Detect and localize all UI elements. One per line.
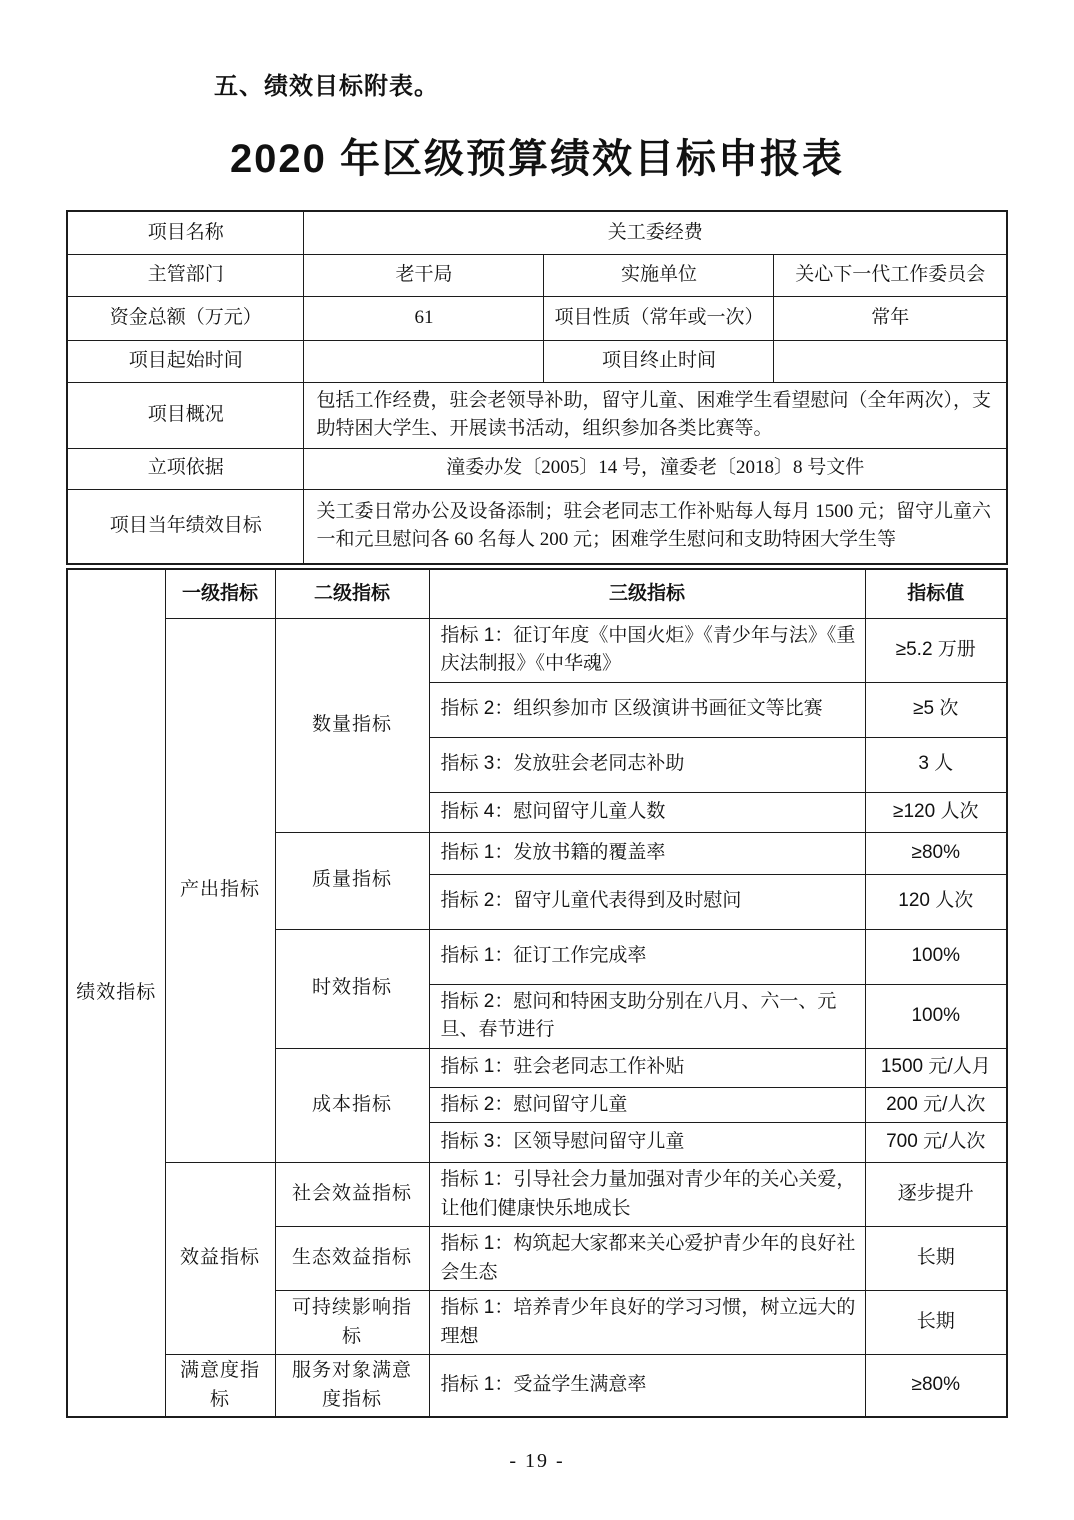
field-label-basis: 立项依据 bbox=[67, 448, 304, 489]
indicator-value: 长期 bbox=[865, 1227, 1007, 1291]
header-level3: 三级指标 bbox=[429, 569, 865, 618]
indicator-value: ≥5 次 bbox=[865, 682, 1007, 737]
table-row: 主管部门 老干局 实施单位 关心下一代工作委员会 bbox=[67, 254, 1007, 296]
indicator-value: 120 人次 bbox=[865, 874, 1007, 929]
indicator-value: 700 元/人次 bbox=[865, 1123, 1007, 1163]
level1-benefit: 效益指标 bbox=[165, 1163, 275, 1355]
doc-title: 2020 年区级预算绩效目标申报表 bbox=[0, 127, 1074, 184]
field-label-nature: 项目性质（常年或一次） bbox=[544, 296, 774, 340]
field-value-amount: 61 bbox=[304, 296, 544, 340]
field-label-dept: 主管部门 bbox=[67, 254, 304, 296]
indicator-value: 100% bbox=[865, 929, 1007, 984]
table-row: 效益指标 社会效益指标 指标 1：引导社会力量加强对青少年的关心关爱，让他们健康… bbox=[67, 1163, 1007, 1227]
indicator-value: 逐步提升 bbox=[865, 1163, 1007, 1227]
field-label-end-date: 项目终止时间 bbox=[544, 340, 774, 382]
table-row: 产出指标 数量指标 指标 1：征订年度《中国火炬》《青少年与法》《重庆法制报》《… bbox=[67, 618, 1007, 682]
table-row: 资金总额（万元） 61 项目性质（常年或一次） 常年 bbox=[67, 296, 1007, 340]
level2-sustainable-impact: 可持续影响指标 bbox=[275, 1291, 429, 1355]
indicator-text: 指标 1：引导社会力量加强对青少年的关心关爱，让他们健康快乐地成长 bbox=[429, 1163, 865, 1227]
level2-service-satisfaction: 服务对象满意度指标 bbox=[275, 1355, 429, 1418]
document-page: 五、绩效目标附表。 2020 年区级预算绩效目标申报表 项目名称 关工委经费 主… bbox=[0, 0, 1074, 1520]
table-row: 项目当年绩效目标 关工委日常办公及设备添制；驻会老同志工作补贴每人每月 1500… bbox=[67, 489, 1007, 564]
project-info-table: 项目名称 关工委经费 主管部门 老干局 实施单位 关心下一代工作委员会 资金总额… bbox=[66, 210, 1008, 565]
table-row: 项目概况 包括工作经费，驻会老领导补助，留守儿童、困难学生看望慰问（全年两次），… bbox=[67, 382, 1007, 448]
indicator-value: 3 人 bbox=[865, 737, 1007, 792]
field-label-project-name: 项目名称 bbox=[67, 211, 304, 254]
indicator-text: 指标 1：培养青少年良好的学习习惯，树立远大的理想 bbox=[429, 1291, 865, 1355]
indicator-text: 指标 2：慰问和特困支助分别在八月、六一、元旦、春节进行 bbox=[429, 984, 865, 1048]
section-heading: 五、绩效目标附表。 bbox=[214, 0, 1074, 101]
indicator-text: 指标 2：组织参加市 区级演讲书画征文等比赛 bbox=[429, 682, 865, 737]
table-row: 立项依据 潼委办发〔2005〕14 号，潼委老〔2018〕8 号文件 bbox=[67, 448, 1007, 489]
performance-indicator-table: 绩效指标 一级指标 二级指标 三级指标 指标值 产出指标 数量指标 指标 1：征… bbox=[66, 568, 1008, 1418]
table-row: 满意度指标 服务对象满意度指标 指标 1：受益学生满意率 ≥80% bbox=[67, 1355, 1007, 1418]
field-value-annual-goal: 关工委日常办公及设备添制；驻会老同志工作补贴每人每月 1500 元；留守儿童六一… bbox=[304, 489, 1007, 564]
field-value-basis: 潼委办发〔2005〕14 号，潼委老〔2018〕8 号文件 bbox=[304, 448, 1007, 489]
field-value-unit: 关心下一代工作委员会 bbox=[774, 254, 1007, 296]
field-label-start-date: 项目起始时间 bbox=[67, 340, 304, 382]
indicator-text: 指标 1：受益学生满意率 bbox=[429, 1355, 865, 1418]
field-label-amount: 资金总额（万元） bbox=[67, 296, 304, 340]
header-level1: 一级指标 bbox=[165, 569, 275, 618]
header-value: 指标值 bbox=[865, 569, 1007, 618]
field-value-nature: 常年 bbox=[774, 296, 1007, 340]
level2-quality: 质量指标 bbox=[275, 832, 429, 929]
indicator-text: 指标 3：区领导慰问留守儿童 bbox=[429, 1123, 865, 1163]
indicator-text: 指标 1：构筑起大家都来关心爱护青少年的良好社会生态 bbox=[429, 1227, 865, 1291]
level2-quantity: 数量指标 bbox=[275, 618, 429, 832]
indicator-text: 指标 1：征订年度《中国火炬》《青少年与法》《重庆法制报》《中华魂》 bbox=[429, 618, 865, 682]
left-label-performance: 绩效指标 bbox=[67, 569, 165, 1417]
indicator-value: ≥5.2 万册 bbox=[865, 618, 1007, 682]
indicator-value: ≥80% bbox=[865, 1355, 1007, 1418]
indicator-text: 指标 3：发放驻会老同志补助 bbox=[429, 737, 865, 792]
table-row: 项目起始时间 项目终止时间 bbox=[67, 340, 1007, 382]
table-header-row: 绩效指标 一级指标 二级指标 三级指标 指标值 bbox=[67, 569, 1007, 618]
level2-eco-benefit: 生态效益指标 bbox=[275, 1227, 429, 1291]
field-label-unit: 实施单位 bbox=[544, 254, 774, 296]
indicator-value: 1500 元/人月 bbox=[865, 1048, 1007, 1087]
field-value-end-date bbox=[774, 340, 1007, 382]
indicator-text: 指标 2：慰问留守儿童 bbox=[429, 1087, 865, 1123]
field-value-dept: 老干局 bbox=[304, 254, 544, 296]
indicator-value: ≥120 人次 bbox=[865, 792, 1007, 832]
field-value-start-date bbox=[304, 340, 544, 382]
page-number: - 19 - bbox=[0, 1450, 1074, 1473]
indicator-value: 100% bbox=[865, 984, 1007, 1048]
indicator-text: 指标 1：驻会老同志工作补贴 bbox=[429, 1048, 865, 1087]
field-value-overview: 包括工作经费，驻会老领导补助，留守儿童、困难学生看望慰问（全年两次），支助特困大… bbox=[304, 382, 1007, 448]
level2-timeliness: 时效指标 bbox=[275, 929, 429, 1048]
field-value-project-name: 关工委经费 bbox=[304, 211, 1007, 254]
table-row: 项目名称 关工委经费 bbox=[67, 211, 1007, 254]
indicator-value: ≥80% bbox=[865, 832, 1007, 874]
level2-social-benefit: 社会效益指标 bbox=[275, 1163, 429, 1227]
indicator-value: 200 元/人次 bbox=[865, 1087, 1007, 1123]
field-label-overview: 项目概况 bbox=[67, 382, 304, 448]
level2-cost: 成本指标 bbox=[275, 1048, 429, 1163]
field-label-annual-goal: 项目当年绩效目标 bbox=[67, 489, 304, 564]
indicator-text: 指标 1：征订工作完成率 bbox=[429, 929, 865, 984]
level1-satisfaction: 满意度指标 bbox=[165, 1355, 275, 1418]
indicator-text: 指标 4：慰问留守儿童人数 bbox=[429, 792, 865, 832]
indicator-value: 长期 bbox=[865, 1291, 1007, 1355]
indicator-text: 指标 2：留守儿童代表得到及时慰问 bbox=[429, 874, 865, 929]
level1-output: 产出指标 bbox=[165, 618, 275, 1163]
header-level2: 二级指标 bbox=[275, 569, 429, 618]
indicator-text: 指标 1：发放书籍的覆盖率 bbox=[429, 832, 865, 874]
